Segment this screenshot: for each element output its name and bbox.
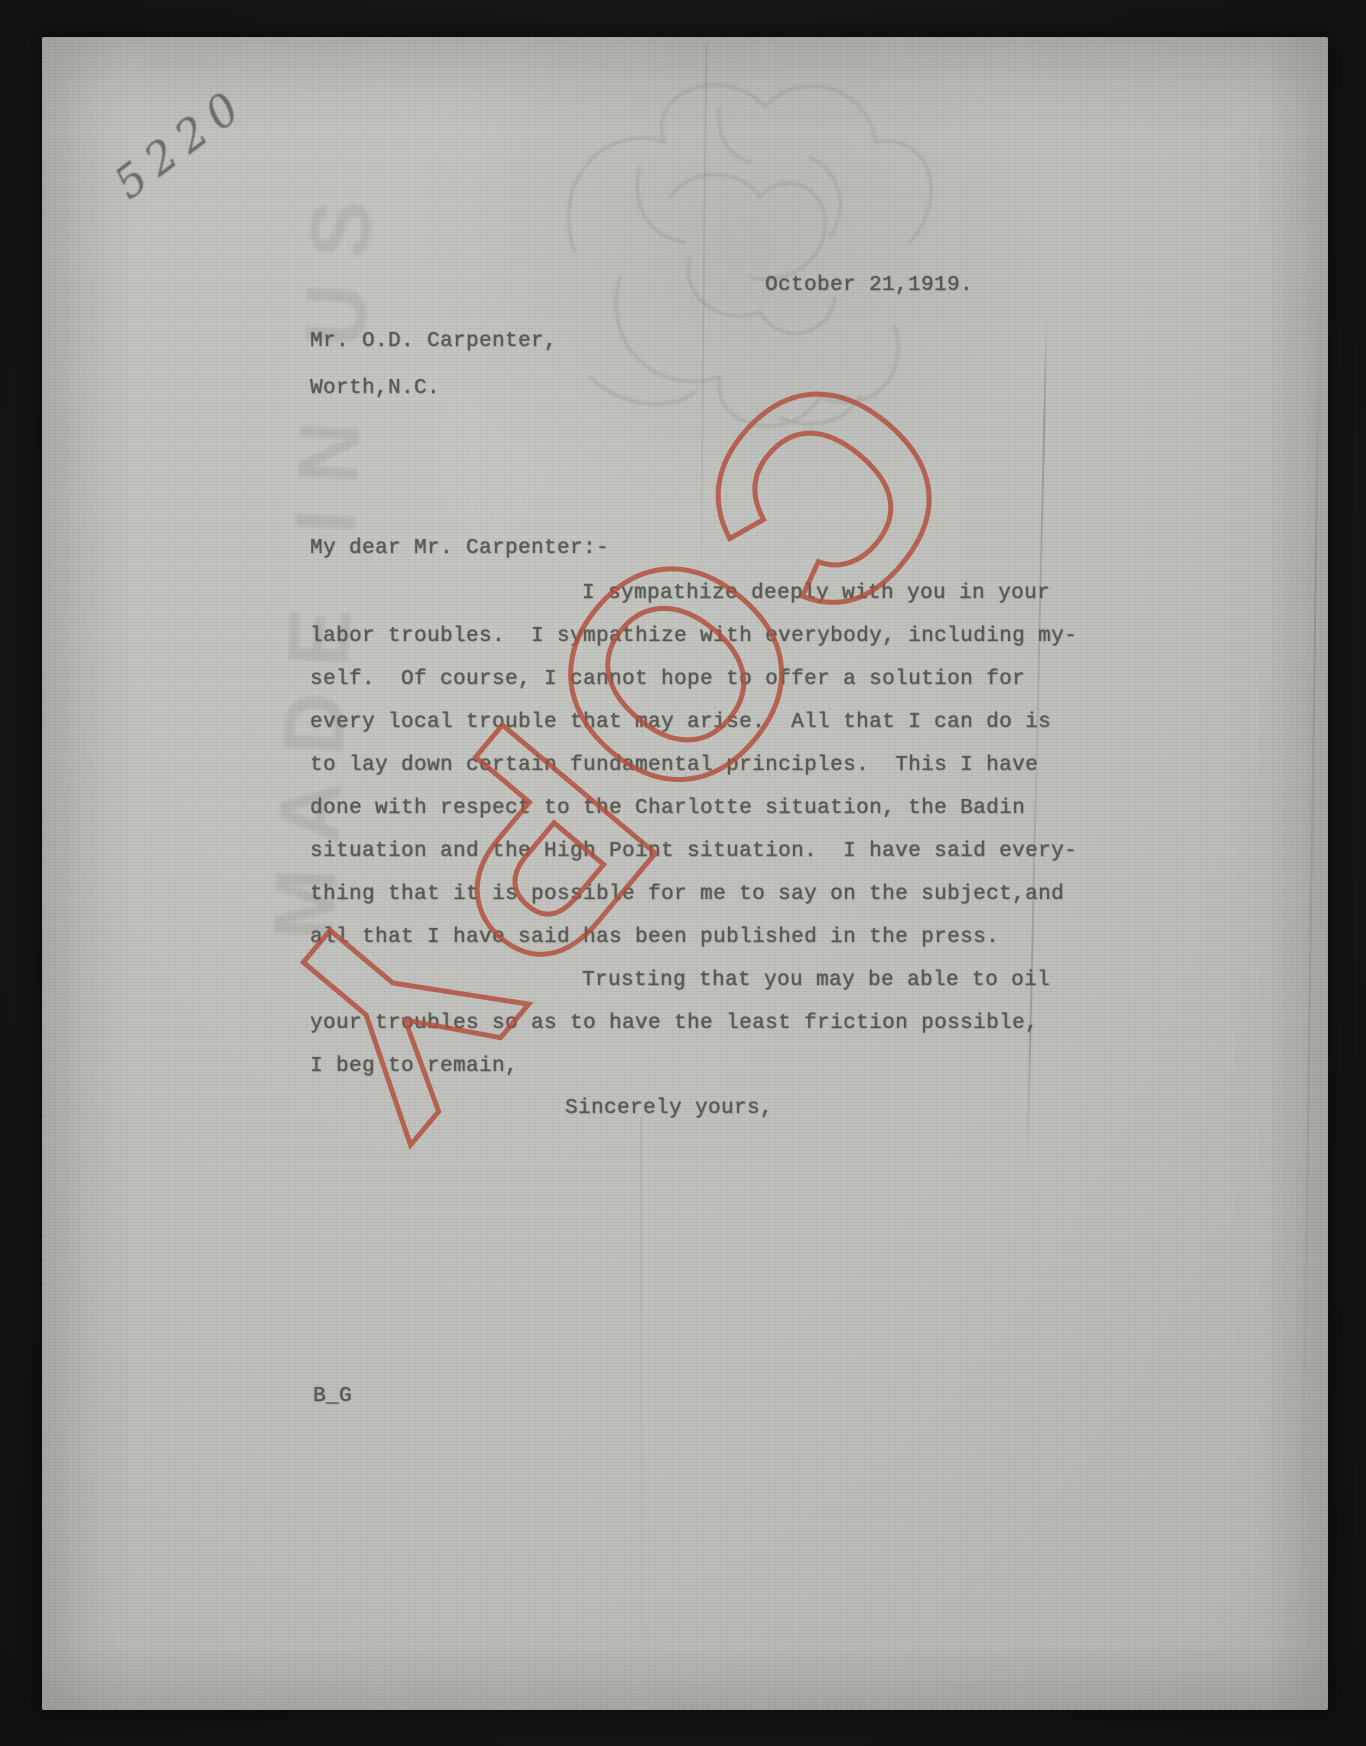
salutation: My dear Mr. Carpenter:- — [310, 537, 609, 560]
body-line: I sympathize deeply with you in your — [582, 582, 1050, 605]
letterhead-bleedthrough-crest — [480, 47, 940, 467]
recipient-name: Mr. O.D. Carpenter, — [310, 330, 557, 353]
crease-line — [640, 1117, 642, 1707]
body-line: every local trouble that may arise. All … — [310, 711, 1051, 734]
closing: Sincerely yours, — [565, 1097, 773, 1120]
body-line: situation and the High Point situation. … — [310, 840, 1077, 863]
letter-page: MADE IN US 5220 October 21,1919. Mr. O.D… — [42, 37, 1328, 1710]
body-line: thing that it is possible for me to say … — [310, 883, 1064, 906]
letter-date: October 21,1919. — [765, 274, 973, 297]
typist-initials: B_G — [313, 1385, 352, 1408]
scanned-letter-viewer: { "scan": { "stamp_text": "COPY", "stamp… — [0, 0, 1366, 1746]
body-line: all that I have said has been published … — [310, 926, 999, 949]
body-line: done with respect to the Charlotte situa… — [310, 797, 1025, 820]
body-line: to lay down certain fundamental principl… — [310, 754, 1038, 777]
body-line: Trusting that you may be able to oil — [582, 969, 1050, 992]
crease-line — [1299, 290, 1320, 1680]
body-line: I beg to remain, — [310, 1055, 518, 1078]
body-line: labor troubles. I sympathize with everyb… — [310, 625, 1077, 648]
body-line: self. Of course, I cannot hope to offer … — [310, 668, 1025, 691]
pencil-annotation: 5220 — [105, 77, 257, 209]
body-line: your troubles so as to have the least fr… — [310, 1012, 1038, 1035]
crease-line — [1026, 318, 1047, 1163]
recipient-address: Worth,N.C. — [310, 377, 440, 400]
